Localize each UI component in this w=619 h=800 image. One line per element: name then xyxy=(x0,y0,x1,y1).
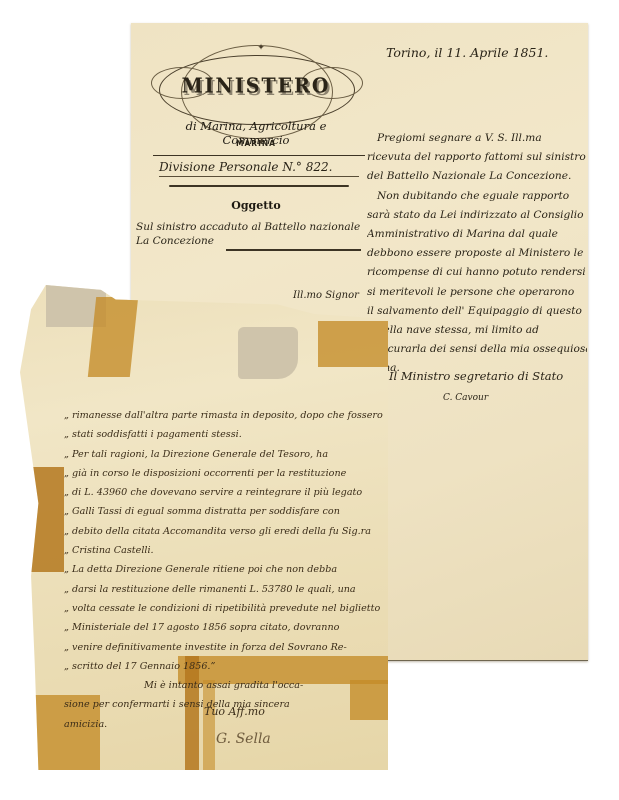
body-line: ricompense di cui hanno potuto rendersi xyxy=(367,263,587,282)
divider xyxy=(226,249,361,251)
body-line: „ Ministeriale del 17 agosto 1856 sopra … xyxy=(64,618,384,637)
body-line: ricevuta del rapporto fattomi sul sinist… xyxy=(367,148,587,167)
paper-loss-patch xyxy=(238,327,298,379)
body-line: sarà stato da Lei indirizzato al Consigl… xyxy=(367,206,587,225)
subject-heading: Oggetto xyxy=(151,199,361,212)
subject-line: Sul sinistro accaduto al Battello nazion… xyxy=(136,220,366,234)
divider xyxy=(159,176,359,177)
body-line: „ Galli Tassi di egual somma distratta p… xyxy=(64,502,384,521)
divider xyxy=(169,185,349,187)
letter-body: Pregiomi segnare a V. S. Ill.ma ricevuta… xyxy=(367,129,587,379)
letter-body: „ rimanesse dall'altra parte rimasta in … xyxy=(64,406,384,734)
body-line: „ darsi la restituzione delle rimanenti … xyxy=(64,580,384,599)
letterhead-section: MARINA xyxy=(151,139,361,148)
letterhead-title: MINISTERO xyxy=(151,74,361,98)
signature: G. Sella xyxy=(216,731,271,747)
signature-name: C. Cavour xyxy=(443,393,488,403)
body-line: il salvamento dell' Equipaggio di questo xyxy=(367,302,587,321)
body-line: debbono essere proposte al Ministero le xyxy=(367,244,587,263)
divider xyxy=(153,155,365,156)
body-line: Non dubitando che eguale rapporto xyxy=(367,187,587,206)
salutation-fragment: Ill.mo Signor xyxy=(293,290,359,301)
body-line: „ debito della citata Accomandita verso … xyxy=(64,522,384,541)
body-line: si meritevoli le persone che operarono xyxy=(367,283,587,302)
body-line: e della nave stessa, mi limito ad xyxy=(367,321,587,340)
body-line: del Battello Nazionale La Concezione. xyxy=(367,167,587,186)
body-line: „ Per tali ragioni, la Direzione General… xyxy=(64,445,384,464)
signature-title: Il Ministro segretario di Stato xyxy=(389,369,563,383)
division-number: Divisione Personale N.° 822. xyxy=(159,160,369,174)
body-line: „ di L. 43960 che dovevano servire a rei… xyxy=(64,483,384,502)
torn-letter: „ rimanesse dall'altra parte rimasta in … xyxy=(20,285,388,770)
body-line: Mi è intanto assai gradita l'occa- xyxy=(64,676,384,695)
body-line: „ stati soddisfatti i pagamenti stessi. xyxy=(64,425,384,444)
body-line: „ volta cessate le condizioni di ripetib… xyxy=(64,599,384,618)
subject-text: Sul sinistro accaduto al Battello nazion… xyxy=(136,220,366,248)
body-line: „ scritto del 17 Gennaio 1856.” xyxy=(64,657,384,676)
body-line: Amministrativo di Marina dal quale xyxy=(367,225,587,244)
body-line: Pregiomi segnare a V. S. Ill.ma xyxy=(367,129,587,148)
closing: Tuo Aff.mo xyxy=(204,705,265,718)
tape-strip xyxy=(88,297,138,377)
body-line: „ Cristina Castelli. xyxy=(64,541,384,560)
tape-strip xyxy=(20,467,64,572)
body-line: „ rimanesse dall'altra parte rimasta in … xyxy=(64,406,384,425)
place-date: Torino, il 11. Aprile 1851. xyxy=(386,45,548,60)
body-line: „ venire definitivamente investite in fo… xyxy=(64,638,384,657)
body-line: „ La detta Direzione Generale ritiene po… xyxy=(64,560,384,579)
body-line: assicurarla dei sensi della mia ossequio… xyxy=(367,340,587,359)
subject-line: La Concezione xyxy=(136,234,366,248)
body-line: „ già in corso le disposizioni occorrent… xyxy=(64,464,384,483)
tape-strip xyxy=(318,321,388,367)
laurel-ornament-icon: ✦ xyxy=(246,43,276,49)
